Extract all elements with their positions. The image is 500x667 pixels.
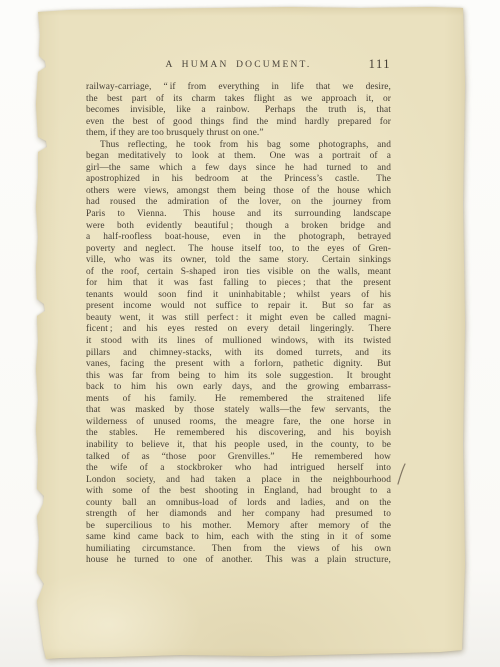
text-line: of the roof, certain S-shaped iron ties …: [86, 267, 391, 279]
text-line: were both evidently beautiful ; though a…: [86, 221, 391, 233]
text-line: ville, who was its owner, told the same …: [86, 255, 391, 267]
text-line: Paris to Vienna. This house and its surr…: [86, 209, 391, 221]
text-line: ficent ; and his eyes rested on every de…: [86, 324, 391, 336]
text-line: for him that it was fast falling to piec…: [86, 278, 391, 290]
text-line: the wife of a stockbroker who had intrig…: [86, 463, 391, 475]
book-page: A HUMAN DOCUMENT. 111 railway-carriage, …: [30, 4, 470, 664]
text-line: house he turned to one of another. This …: [86, 555, 391, 567]
running-head-title: A HUMAN DOCUMENT.: [86, 60, 391, 70]
text-line: vanes, facing the present with a forlorn…: [86, 359, 391, 371]
text-line: inability to believe it, that his people…: [86, 440, 391, 452]
text-line: railway-carriage, “ if from everything i…: [86, 82, 391, 94]
page-number: 111: [369, 57, 391, 72]
body-text: railway-carriage, “ if from everything i…: [86, 82, 391, 567]
text-line: same kind came back to him, each with th…: [86, 532, 391, 544]
text-line: county ball an omnibus-load of lords and…: [86, 498, 391, 510]
text-line: be supercilious to his mother. Memory af…: [86, 521, 391, 533]
text-line: had roused the admiration of the lover, …: [86, 197, 391, 209]
text-line: strength of her diamonds and her company…: [86, 509, 391, 521]
text-line: London society, and had taken a place in…: [86, 475, 391, 487]
text-line: began meditatively to look at them. One …: [86, 151, 391, 163]
text-line: back to him his own early days, and the …: [86, 382, 391, 394]
text-line: becomes invisible, like a rainbow. Perha…: [86, 105, 391, 117]
pen-mark-icon: [394, 462, 410, 488]
running-head: A HUMAN DOCUMENT. 111: [86, 60, 391, 76]
text-line: the stables. He remembered his discoveri…: [86, 428, 391, 440]
text-line: beauty went, it was still perfect : it m…: [86, 313, 391, 325]
text-line: wilderness of unused rooms, the meagre f…: [86, 417, 391, 429]
text-line: them, if they are too brusquely thrust o…: [86, 128, 391, 140]
text-line: apostrophized in his bedroom at the Prin…: [86, 174, 391, 186]
text-line: present income would not suffice to repa…: [86, 301, 391, 313]
scanner-background: A HUMAN DOCUMENT. 111 railway-carriage, …: [0, 0, 500, 667]
text-line: a half-roofless boat-house, even in the …: [86, 232, 391, 244]
text-line: tenants would soon find it uninhabitable…: [86, 290, 391, 302]
text-line: others were views, amongst them being th…: [86, 186, 391, 198]
text-line: humiliating circumstance. Then from the …: [86, 544, 391, 556]
text-line: talked of as “those poor Grenvilles.” He…: [86, 452, 391, 464]
text-line: ments of his family. He remembered the s…: [86, 394, 391, 406]
text-line: Thus reflecting, he took from his bag so…: [86, 140, 391, 152]
text-line: poverty and neglect. The house itself to…: [86, 244, 391, 256]
text-line: even the best of good things find the mi…: [86, 117, 391, 129]
text-line: girl—the same which a few days since he …: [86, 163, 391, 175]
text-line: this was far from being to him its sole …: [86, 371, 391, 383]
text-line: pillars and chimney-stacks, with its dom…: [86, 348, 391, 360]
text-line: that was masked by those stately walls—t…: [86, 405, 391, 417]
text-line: it stood with its lines of mullioned win…: [86, 336, 391, 348]
paper-sheet: A HUMAN DOCUMENT. 111 railway-carriage, …: [30, 4, 470, 664]
text-line: with some of the best shooting in Englan…: [86, 486, 391, 498]
text-line: the best part of its charm takes flight …: [86, 94, 391, 106]
